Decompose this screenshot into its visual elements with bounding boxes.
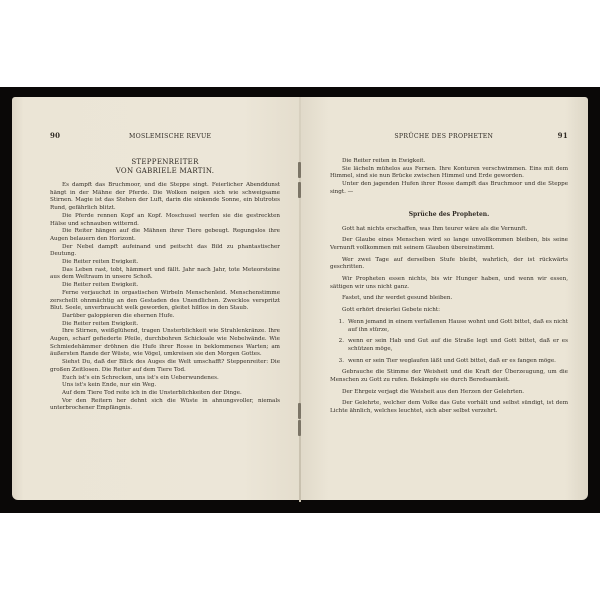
paragraph: Sie lächeln mühelos aus Fernen. Ihre Kon…: [330, 166, 568, 181]
paragraph: Gott hat nichts erschaffen, was Ihm teur…: [330, 226, 568, 234]
paragraph: Euch ist's ein Schrecken, uns ist's ein …: [50, 375, 280, 383]
article-body: Es dampft das Bruchmoor, und die Steppe …: [50, 182, 280, 413]
paragraph: Uns ist's kein Ende, nur ein Weg.: [50, 382, 280, 390]
list-number: 2.: [330, 338, 348, 353]
paragraph: Siehst Du, daß der Blick des Auges die W…: [50, 359, 280, 374]
paragraph: Die Reiter reiten Ewigkeit.: [50, 259, 280, 267]
list-text: wenn er sein Tier weglaufen läßt und Got…: [348, 358, 568, 366]
list-item: 3.wenn er sein Tier weglaufen läßt und G…: [330, 358, 568, 366]
paragraph: Ihre Stirnen, weißglühend, tragen Unster…: [50, 328, 280, 359]
paragraph: Der Glaube eines Menschen wird so lange …: [330, 237, 568, 252]
article-author-line: VON GABRIELE MARTIN.: [50, 167, 280, 176]
staple-icon: [298, 420, 301, 436]
article-title: STEPPENREITER VON GABRIELE MARTIN.: [50, 158, 280, 176]
paragraph: Es dampft das Bruchmoor, und die Steppe …: [50, 182, 280, 213]
paragraph: Unter den jagenden Hufen ihrer Rosse dam…: [330, 181, 568, 196]
list-number: 3.: [330, 358, 348, 366]
paragraph: Auf dem Tiere Tod reite ich in die Unste…: [50, 390, 280, 398]
list-text: Wenn jemand in einem verfallenen Hause w…: [348, 319, 568, 334]
list-number: 1.: [330, 319, 348, 334]
paragraph: Die Reiter reiten in Ewigkeit.: [330, 158, 568, 166]
paragraph: Der Nebel dampft aufeinand und peitscht …: [50, 244, 280, 259]
paragraph: Vor den Reitern her dehnt sich die Wüste…: [50, 398, 280, 413]
paragraph: Das Leben rast, tobt, hämmert und fällt.…: [50, 267, 280, 282]
page-number-left: 90: [50, 131, 60, 140]
left-running-head: 90 MOSLEMISCHE REVUE: [50, 131, 280, 140]
running-head-title-right: SPRÜCHE DES PROPHETEN: [330, 133, 558, 140]
paragraph: Die Reiter reiten Ewigkeit.: [50, 282, 280, 290]
paragraph: Der Ehrgeiz verjagt die Weisheit aus den…: [330, 389, 568, 397]
closing-sayings: Gebrauche die Stimme der Weisheit und di…: [330, 369, 568, 416]
list-text: wenn er sein Hab und Gut auf die Straße …: [348, 338, 568, 353]
paragraph: Ferne verjauchzt in orgastischen Wirbeln…: [50, 290, 280, 313]
paragraph: Fastet, und ihr werdet gesund bleiben.: [330, 295, 568, 303]
paragraph: Wir Propheten essen nichts, bis wir Hung…: [330, 276, 568, 291]
paragraph: Die Reiter hängen auf die Mähnen ihrer T…: [50, 228, 280, 243]
list-item: 1.Wenn jemand in einem verfallenen Hause…: [330, 319, 568, 334]
staple-icon: [298, 403, 301, 419]
staple-icon: [298, 162, 301, 178]
paragraph: Gott erhört dreierlei Gebete nicht:: [330, 307, 568, 315]
paragraph: Darüber galoppieren die ehernen Hufe.: [50, 313, 280, 321]
page-number-right: 91: [558, 131, 568, 140]
right-page: SPRÜCHE DES PROPHETEN 91 Die Reiter reit…: [300, 97, 588, 500]
paragraph: Wer zwei Tage auf derselben Stufe bleibt…: [330, 257, 568, 272]
book-spine: [299, 97, 301, 502]
right-running-head: SPRÜCHE DES PROPHETEN 91: [330, 131, 568, 140]
list-item: 2.wenn er sein Hab und Gut auf die Straß…: [330, 338, 568, 353]
left-page: 90 MOSLEMISCHE REVUE STEPPENREITER VON G…: [12, 97, 300, 500]
numbered-list: 1.Wenn jemand in einem verfallenen Hause…: [330, 319, 568, 366]
section-title: Sprüche des Propheten.: [330, 211, 568, 218]
running-head-title-left: MOSLEMISCHE REVUE: [60, 133, 280, 140]
article-continuation: Die Reiter reiten in Ewigkeit.Sie lächel…: [330, 158, 568, 197]
article-title-line: STEPPENREITER: [50, 158, 280, 167]
paragraph: Die Pferde rennen Kopf an Kopf. Moschuse…: [50, 213, 280, 228]
staple-icon: [298, 182, 301, 198]
paragraph: Gebrauche die Stimme der Weisheit und di…: [330, 369, 568, 384]
sayings-list: Gott hat nichts erschaffen, was Ihm teur…: [330, 226, 568, 315]
paragraph: Die Reiter reiten Ewigkeit.: [50, 321, 280, 329]
paragraph: Der Gelehrte, welcher dem Volke das Gute…: [330, 400, 568, 415]
